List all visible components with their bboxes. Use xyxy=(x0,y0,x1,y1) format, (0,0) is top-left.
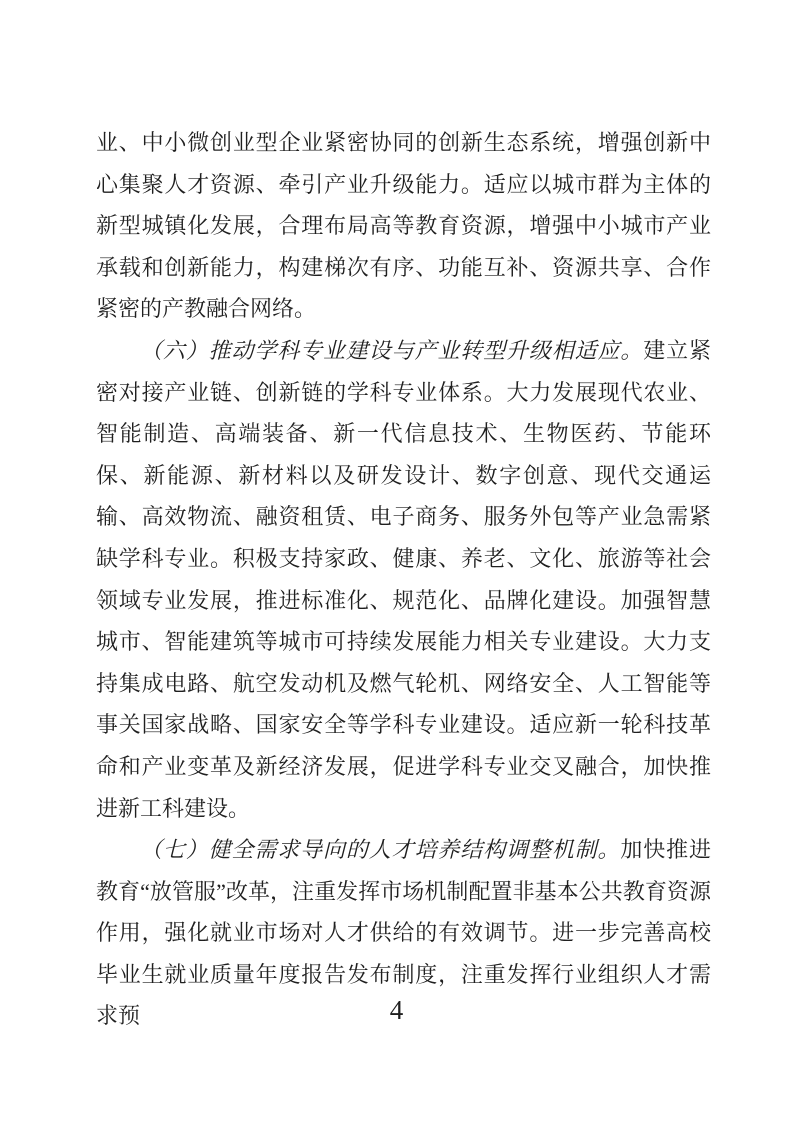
paragraph-lead: （七）健全需求导向的人才培养结构调整机制。 xyxy=(140,837,620,862)
paragraph-item-6: （六）推动学科专业建设与产业转型升级相适应。建立紧密对接产业链、创新链的学科专业… xyxy=(96,330,711,829)
document-page: 业、中小微创业型企业紧密协同的创新生态系统，增强创新中心集聚人才资源、牵引产业升… xyxy=(0,0,793,1122)
page-number: 4 xyxy=(0,995,793,1025)
paragraph-lead: （六）推动学科专业建设与产业转型升级相适应。 xyxy=(140,338,643,363)
paragraph: 业、中小微创业型企业紧密协同的创新生态系统，增强创新中心集聚人才资源、牵引产业升… xyxy=(96,122,711,330)
paragraph-text: 业、中小微创业型企业紧密协同的创新生态系统，增强创新中心集聚人才资源、牵引产业升… xyxy=(96,130,711,321)
paragraph-text: 建立紧密对接产业链、创新链的学科专业体系。大力发展现代农业、智能制造、高端装备、… xyxy=(96,338,711,821)
document-body: 业、中小微创业型企业紧密协同的创新生态系统，增强创新中心集聚人才资源、牵引产业升… xyxy=(96,122,711,1037)
